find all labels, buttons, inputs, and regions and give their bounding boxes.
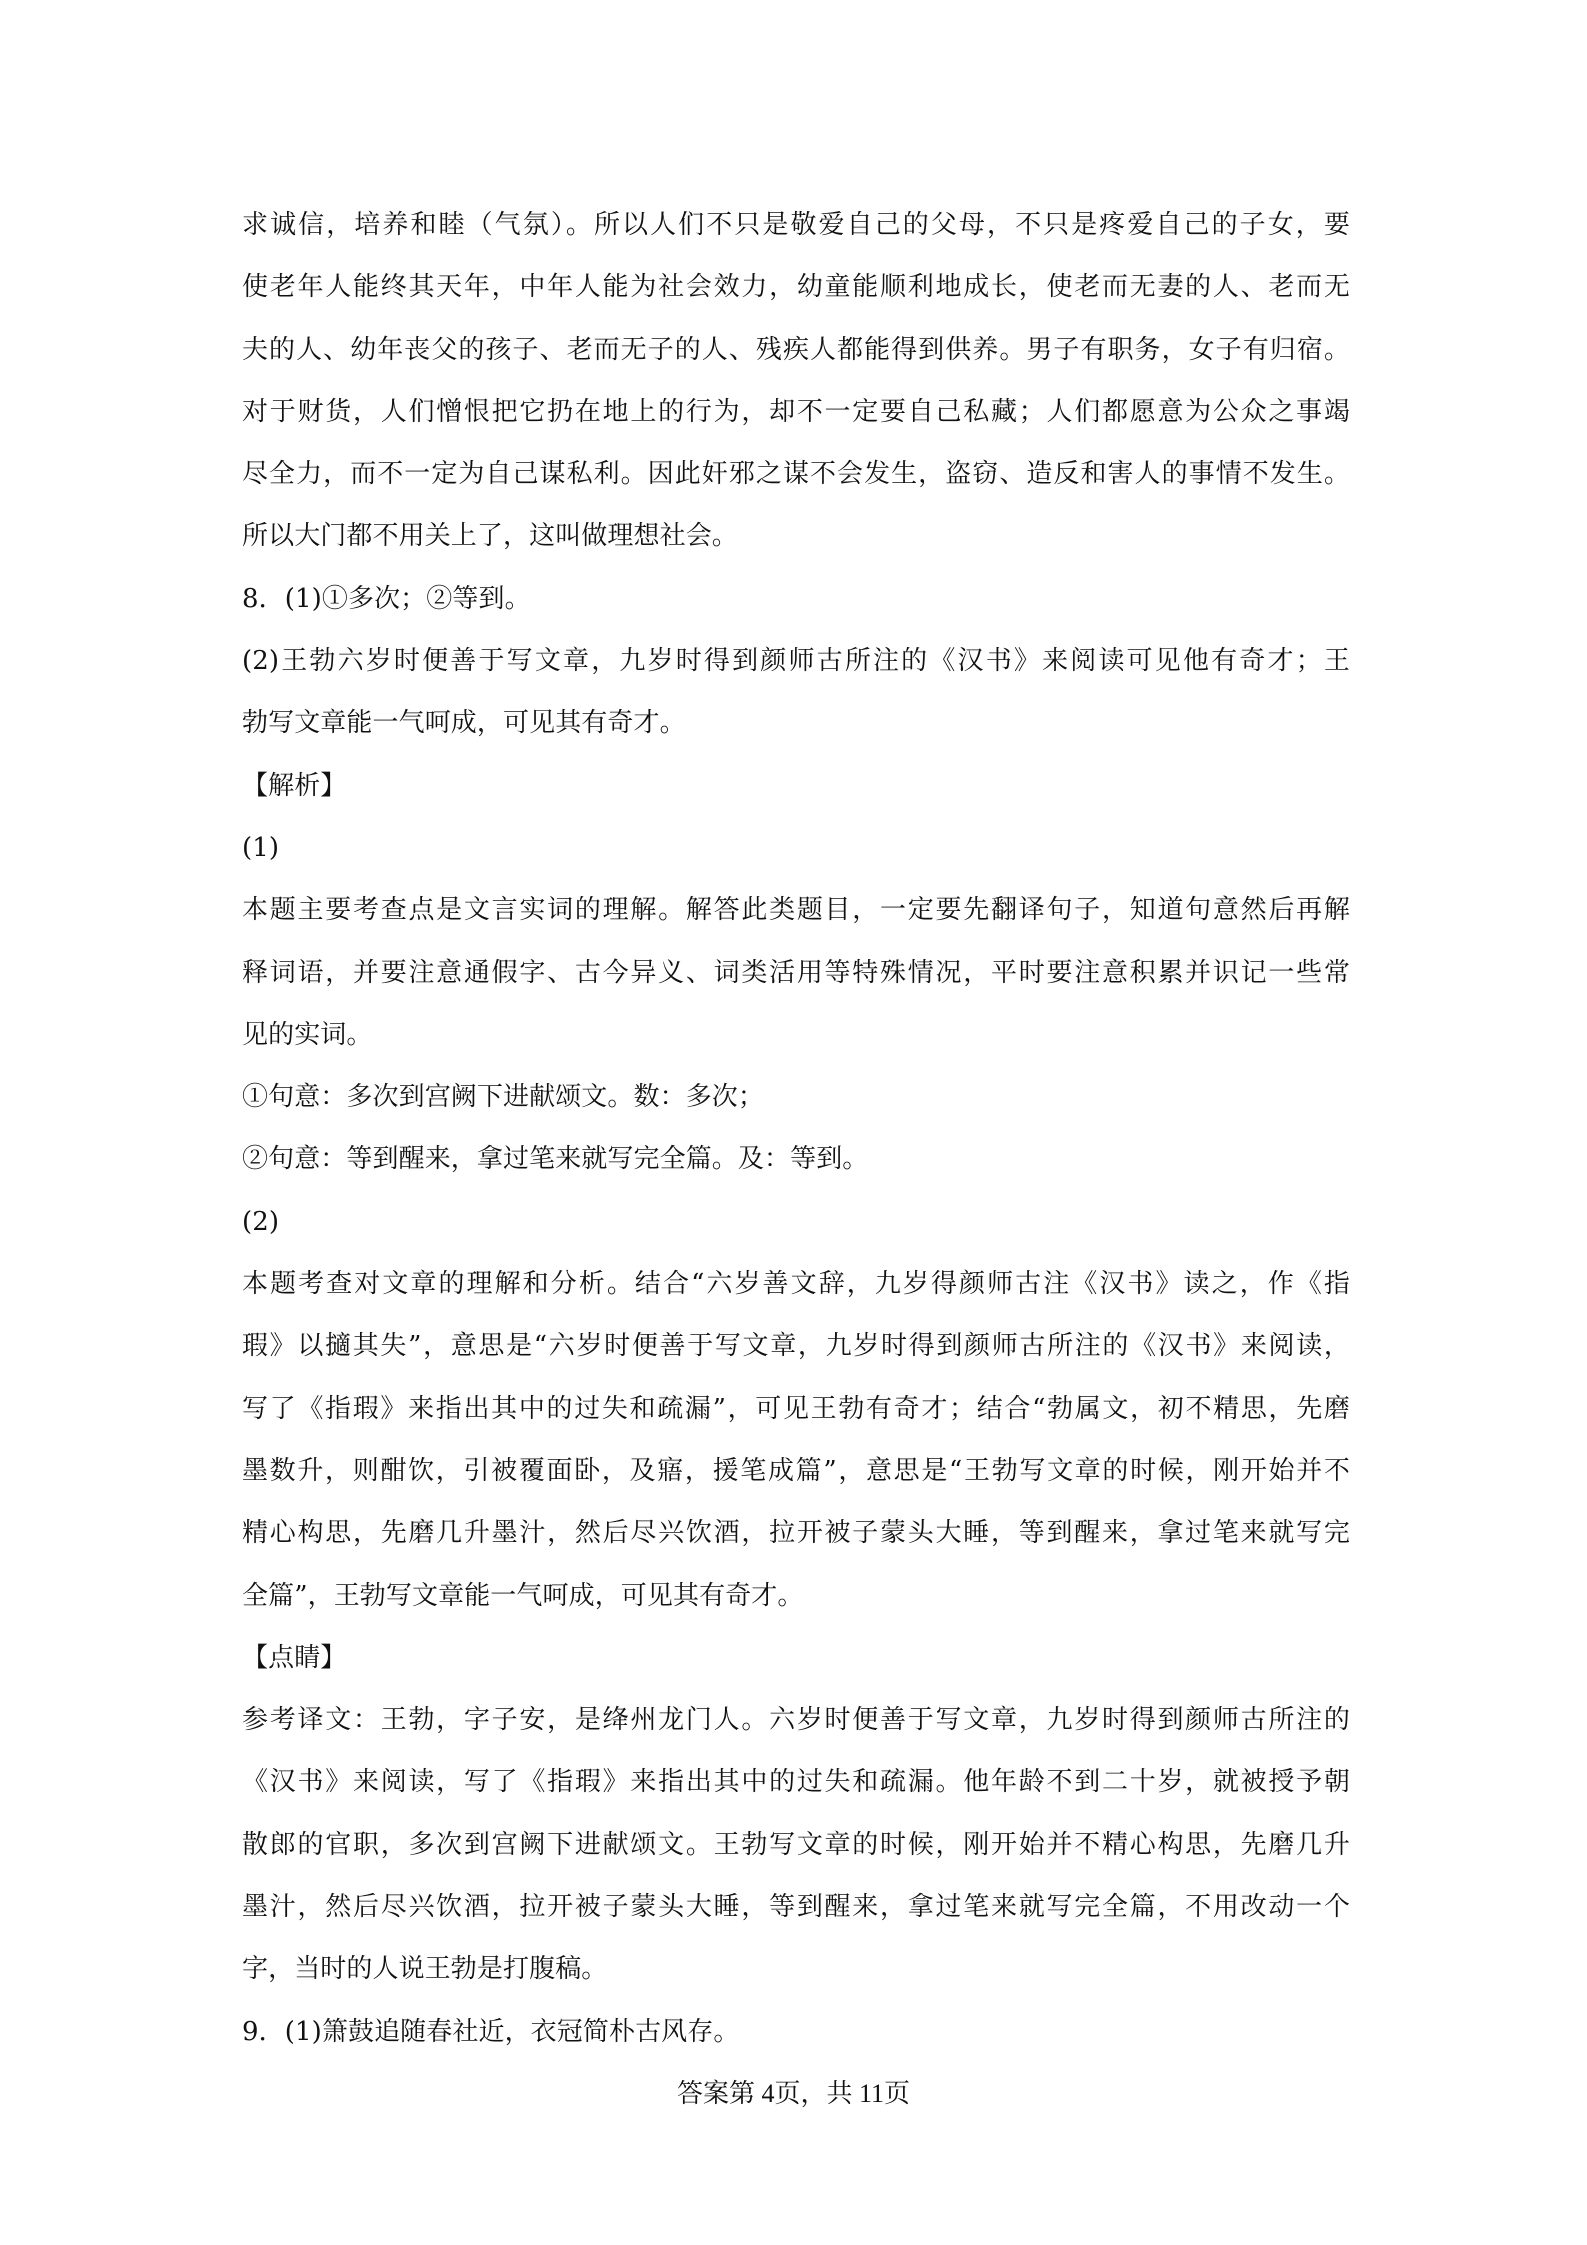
answer-document-body: 求诚信，培养和睦（气氛）。所以人们不只是敬爱自己的父母，不只是疼爱自己的子女，要… (242, 194, 1350, 2063)
text-line: 瑕》以擿其失”，意思是“六岁时便善于写文章，九岁时得到颜师古所注的《汉书》来阅读… (242, 1315, 1350, 1377)
text-line: 散郎的官职，多次到宫阙下进献颂文。王勃写文章的时候，刚开始并不精心构思，先磨几升 (242, 1814, 1350, 1876)
text-line: 所以大门都不用关上了，这叫做理想社会。 (242, 505, 1350, 567)
text-line: 见的实词。 (242, 1004, 1350, 1066)
text-line: 使老年人能终其天年，中年人能为社会效力，幼童能顺利地成长，使老而无妻的人、老而无 (242, 256, 1350, 318)
text-line: 本题考查对文章的理解和分析。结合“六岁善文辞，九岁得颜师古注《汉书》读之，作《指 (242, 1253, 1350, 1315)
text-line: 对于财货，人们憎恨把它扔在地上的行为，却不一定要自己私藏；人们都愿意为公众之事竭 (242, 381, 1350, 443)
page-footer: 答案第 4页，共 11页 (0, 2076, 1587, 2112)
section-heading-analysis: 【解析】 (242, 755, 1350, 817)
text-line: 墨数升，则酣饮，引被覆面卧，及寤，援笔成篇”，意思是“王勃写文章的时候，刚开始并… (242, 1440, 1350, 1502)
text-line: ①句意：多次到宫阙下进献颂文。数：多次； (242, 1066, 1350, 1128)
text-line: 尽全力，而不一定为自己谋私利。因此奸邪之谋不会发生，盗窃、造反和害人的事情不发生… (242, 443, 1350, 505)
text-line: 释词语，并要注意通假字、古今异义、词类活用等特殊情况，平时要注意积累并识记一些常 (242, 942, 1350, 1004)
text-line: 写了《指瑕》来指出其中的过失和疏漏”，可见王勃有奇才；结合“勃属文，初不精思，先… (242, 1378, 1350, 1440)
text-line: 参考译文：王勃，字子安，是绛州龙门人。六岁时便善于写文章，九岁时得到颜师古所注的 (242, 1689, 1350, 1751)
answer-8-part-2: (2)王勃六岁时便善于写文章，九岁时得到颜师古所注的《汉书》来阅读可见他有奇才；… (242, 630, 1350, 692)
section-heading-key-points: 【点睛】 (242, 1627, 1350, 1689)
text-line: 字，当时的人说王勃是打腹稿。 (242, 1938, 1350, 2000)
text-line: 求诚信，培养和睦（气氛）。所以人们不只是敬爱自己的父母，不只是疼爱自己的子女，要 (242, 194, 1350, 256)
text-line: 夫的人、幼年丧父的孩子、老而无子的人、残疾人都能得到供养。男子有职务，女子有归宿… (242, 319, 1350, 381)
subsection-label-1: (1) (242, 817, 1350, 879)
answer-8-part-1: 8．(1)①多次；②等到。 (242, 568, 1350, 630)
text-line: 全篇”，王勃写文章能一气呵成，可见其有奇才。 (242, 1565, 1350, 1627)
text-line: 精心构思，先磨几升墨汁，然后尽兴饮酒，拉开被子蒙头大睡，等到醒来，拿过笔来就写完 (242, 1502, 1350, 1564)
text-line: 本题主要考查点是文言实词的理解。解答此类题目，一定要先翻译句子，知道句意然后再解 (242, 879, 1350, 941)
text-line: ②句意：等到醒来，拿过笔来就写完全篇。及：等到。 (242, 1128, 1350, 1190)
text-line: 《汉书》来阅读，写了《指瑕》来指出其中的过失和疏漏。他年龄不到二十岁，就被授予朝 (242, 1751, 1350, 1813)
answer-9-part-1: 9．(1)箫鼓追随春社近，衣冠简朴古风存。 (242, 2001, 1350, 2063)
text-line: 勃写文章能一气呵成，可见其有奇才。 (242, 692, 1350, 754)
subsection-label-2: (2) (242, 1191, 1350, 1253)
text-line: 墨汁，然后尽兴饮酒，拉开被子蒙头大睡，等到醒来，拿过笔来就写完全篇，不用改动一个 (242, 1876, 1350, 1938)
